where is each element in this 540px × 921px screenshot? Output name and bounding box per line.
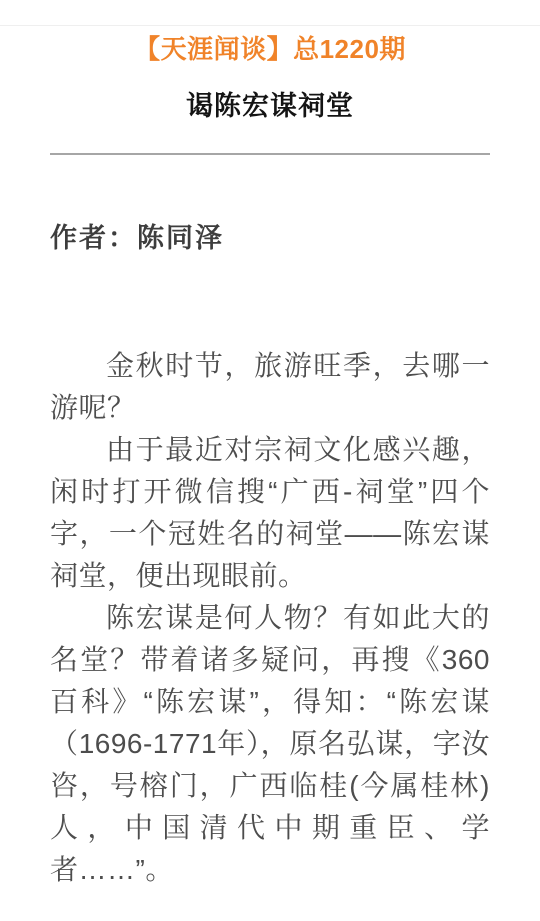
top-divider-line bbox=[0, 25, 540, 26]
author-line: 作者：陈同泽 bbox=[50, 219, 490, 257]
article-header: 【天涯闻谈】总1220期 谒陈宏谋祠堂 bbox=[0, 0, 540, 155]
article-paragraph: 由于最近对宗祠文化感兴趣，闲时打开微信搜“广西-祠堂”四个字，一个冠姓名的祠堂—… bbox=[50, 429, 490, 597]
article-paragraph: 金秋时节，旅游旺季，去哪一游呢？ bbox=[50, 345, 490, 429]
article-title: 谒陈宏谋祠堂 bbox=[0, 88, 540, 124]
article-body: 金秋时节，旅游旺季，去哪一游呢？ 由于最近对宗祠文化感兴趣，闲时打开微信搜“广西… bbox=[50, 345, 490, 891]
section-divider bbox=[50, 153, 490, 155]
article-page: 【天涯闻谈】总1220期 谒陈宏谋祠堂 作者：陈同泽 金秋时节，旅游旺季，去哪一… bbox=[0, 0, 540, 921]
series-title: 【天涯闻谈】总1220期 bbox=[0, 32, 540, 66]
article-paragraph: 陈宏谋是何人物？有如此大的名堂？带着诸多疑问，再搜《360百科》“陈宏谋”，得知… bbox=[50, 597, 490, 891]
